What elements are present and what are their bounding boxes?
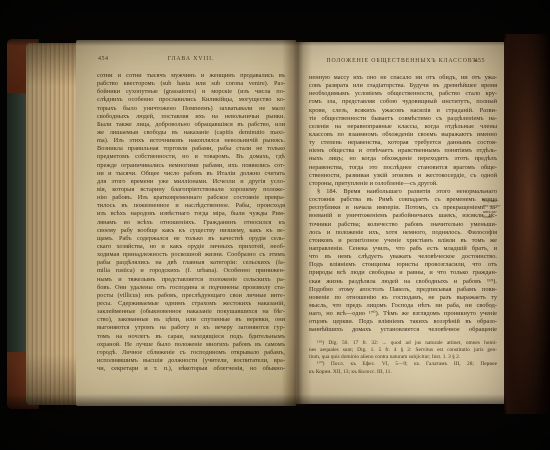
text-line: гомъ зла, представляя собою чудовищный и… xyxy=(309,98,497,106)
text-line: крови, слезъ, всякихъ ужасовъ насилія и … xyxy=(309,107,497,115)
left-page-number: 454 xyxy=(98,56,109,62)
text-line: выгоняются утромъ на работу и къ вечеру … xyxy=(97,324,285,332)
text-line: слѣднихъ особенно прославились Киликійцы… xyxy=(97,96,285,104)
text-line: стоиковъ и религіозное ученіе христіанъ … xyxy=(309,237,497,245)
text-line: бовъ. xyxy=(483,214,515,219)
text-line: тилось въ пожизненное и наслѣдственное. … xyxy=(97,202,285,210)
text-line: вія, которыя встарину благопріятствовали… xyxy=(97,186,285,194)
text-line: ни и тысячи. Общее число рабовъ въ Италі… xyxy=(97,170,285,178)
text-line: тіе общественности бываетъ совмѣстимо съ… xyxy=(309,115,497,123)
text-line: ская жизнь раздѣляла людей на свободныхъ… xyxy=(309,278,497,286)
page-stack-fore-edge xyxy=(26,43,81,405)
top-edge-shadow xyxy=(7,34,506,46)
text-line: ныхъ лицъ; но когда обхожденіе переходит… xyxy=(309,155,497,163)
text-line: nes aequales sunt; Dig. 1. 5 fr. 4 § 2: … xyxy=(309,347,497,354)
text-line: Подобно этому апостолъ Павелъ, предписыв… xyxy=(309,286,497,294)
text-line: отцовъ церкви. Подъ вліяніемъ такихъ воз… xyxy=(309,318,497,326)
text-line: ресы. Сдерживаемые однимъ страхомъ жесто… xyxy=(97,300,285,308)
text-line: ваннѣйшихъ домахъ установляется человѣчн… xyxy=(309,326,497,334)
text-line: чи, секретари и т. п.), нѣкоторыя облегч… xyxy=(97,365,285,373)
book-gutter xyxy=(282,40,312,406)
text-line: же лишаемыя свободы въ наказаніе (capiti… xyxy=(97,129,285,137)
text-line: охраной. Не лучше было положеніе многихъ… xyxy=(97,341,285,349)
right-page-text: ПОЛОЖЕНІЕ ОБЩЕСТВЕННЫХЪ КЛАССОВЪ. 455 не… xyxy=(309,57,497,376)
left-page-body: сотни и сотни тысячъ мужчинъ и женщинъ п… xyxy=(97,72,285,373)
text-line: ненную массу ихъ оно не спасало ни отъ о… xyxy=(309,74,497,82)
text-line: milia rustica) и городскихъ (f. urbana).… xyxy=(97,267,285,275)
text-line: прежде ограничивались немногими рабами, … xyxy=(97,162,285,170)
text-line: селенія на неравноправные классы, когда … xyxy=(309,123,497,131)
right-page-body: ненную массу ихъ оно не спасало ни отъ о… xyxy=(309,74,497,335)
text-line: для этого времени уже милліонами. Исчезл… xyxy=(97,178,285,186)
text-line: что въ немъ слѣдуетъ уважать человѣческо… xyxy=(309,253,497,261)
text-line: лось и положеніе ихъ, хотя немного, подн… xyxy=(309,229,497,237)
left-running-head: ГЛАВА XVIII. xyxy=(97,55,285,62)
text-line: ¹⁷⁰) Посл. къ Ефес. VI, 5—9; къ Галатамъ… xyxy=(309,361,497,368)
text-line: новеніе по отношенію къ господамъ, не ра… xyxy=(309,294,497,302)
text-line: наго, но всѣ—одно ¹⁷⁰). Тѣмъ же взглядом… xyxy=(309,310,497,318)
text-line: классовъ по взаимномъ обхожденіи своемъ … xyxy=(309,131,497,139)
text-line: неравенства, тогда это послѣднее станови… xyxy=(309,164,497,172)
text-line: торыхъ было уничтожено Помпеемъ) захваты… xyxy=(97,105,285,113)
left-page-header: 454 ГЛАВА XVIII. xyxy=(97,55,285,68)
text-line: ходимая принадлежность роскошной жизни. … xyxy=(97,251,285,259)
text-line: сотни и сотни тысячъ мужчинъ и женщинъ п… xyxy=(97,72,285,80)
text-line: необходимымъ условіемъ общественности, р… xyxy=(309,90,497,98)
text-line: § 184. Время наибольшаго развитія этого … xyxy=(309,188,497,196)
text-line: состоянія рабства въ Римѣ совпадаетъ съ … xyxy=(309,196,497,204)
text-line: заклейменные (обыкновенное наказаніе пок… xyxy=(97,308,285,316)
text-line: направленіи. Сенека училъ, что рабъ есть… xyxy=(309,245,497,253)
text-line: воеваній и уничтоженіемъ разбойничьихъ ш… xyxy=(309,212,497,220)
left-page-text: 454 ГЛАВА XVIII. сотни и сотни тысячъ му… xyxy=(97,55,285,373)
text-line: рабство квесторомъ (sub hasta или sub co… xyxy=(97,80,285,88)
text-line: республики и начала имперіи. Потомъ, съ … xyxy=(309,204,497,212)
text-line: рабы раздѣлялись на двѣ главныя категорі… xyxy=(97,259,285,267)
book-right-dark-edge xyxy=(504,34,550,414)
text-line: мысль, что предъ лицомъ Господа нѣтъ ни … xyxy=(309,302,497,310)
text-line: Были также лица, добровольно обращавшіяс… xyxy=(97,121,285,129)
text-line: природы всѣ люди свободны и равны, и что… xyxy=(309,269,497,277)
text-line: совъ разврата или гладіаторства. Будучи … xyxy=(309,82,497,90)
text-line: Подъ вліяніемъ стоицизма юристы провозгл… xyxy=(309,261,497,269)
text-line: точники рабства; количество рабовъ значи… xyxy=(309,221,497,229)
text-line: ¹⁶⁹) Dig. 50. 17 fr. 32: ... quod ad jus… xyxy=(309,340,497,347)
text-line: ma). Изъ этихъ источниковъ накоплялся не… xyxy=(97,137,285,145)
text-line: росты (villicus) изъ рабовъ, преслѣдующа… xyxy=(97,292,285,300)
text-line: стороны, притупленіе и озлобленіе—съ дру… xyxy=(309,180,497,188)
text-line: къ Корин. XII, 13; къ Колосс. III, 11. xyxy=(309,369,497,376)
text-line: нію рабовъ. Изъ кратковременнаго рабское… xyxy=(97,194,285,202)
text-line: бовъ. Они удалены отъ господина и подчин… xyxy=(97,284,285,292)
right-margin-note: Улучше-ніе состо-янія ра-бовъ. xyxy=(483,198,515,220)
right-page-number: 455 xyxy=(475,58,486,64)
text-line: городѣ. Личное сближеніе съ господиномъ … xyxy=(97,349,285,357)
text-line: исполнявшимъ высшія должности (учители, … xyxy=(97,357,285,365)
text-line: томъ на ночлегъ въ сараи, находящіеся по… xyxy=(97,333,285,341)
text-line: щамъ. Рабъ содержался не только въ качес… xyxy=(97,235,285,243)
text-line: изъ всѣхъ народовъ извѣстнаго тогда міра… xyxy=(97,210,285,218)
text-line: нымъ и тяжелымъ представляется положеніе… xyxy=(97,276,285,284)
text-line: ту степень неравенства, которая требуетс… xyxy=(309,139,497,147)
text-line: своему рабу вообще какъ къ существу низш… xyxy=(97,227,285,235)
text-line: свободныхъ людей, поставляя ихъ на невол… xyxy=(97,113,285,121)
text-line: лянамъ во всѣхъ отношеніяхъ. Гражданинъ … xyxy=(97,219,285,227)
text-line: ніемъ общества и отвѣчаетъ нравственнымъ… xyxy=(309,147,497,155)
right-running-head: ПОЛОЖЕНІЕ ОБЩЕСТВЕННЫХЪ КЛАССОВЪ. xyxy=(309,57,497,64)
bottom-shadow xyxy=(7,394,506,414)
text-line: ство), закованные въ цѣпи, или спутанные… xyxy=(97,316,285,324)
text-line: бойники сухопутные (grassatores) и морск… xyxy=(97,88,285,96)
right-page-footnotes: ¹⁶⁹) Dig. 50. 17 fr. 32: ... quod ad jus… xyxy=(309,340,497,376)
text-line: предметомъ собственности, но и товаромъ.… xyxy=(97,153,285,161)
text-line: скаго хозяйства, но и какъ орудіе личных… xyxy=(97,243,285,251)
text-line: Возникла правильная торговля рабами, раб… xyxy=(97,145,285,153)
book-photo: 454 ГЛАВА XVIII. сотни и сотни тысячъ му… xyxy=(0,0,550,450)
right-page-header: ПОЛОЖЕНІЕ ОБЩЕСТВЕННЫХЪ КЛАССОВЪ. 455 xyxy=(309,57,497,70)
text-line: ственности, развивая узкій эгоизмъ и жес… xyxy=(309,172,497,180)
